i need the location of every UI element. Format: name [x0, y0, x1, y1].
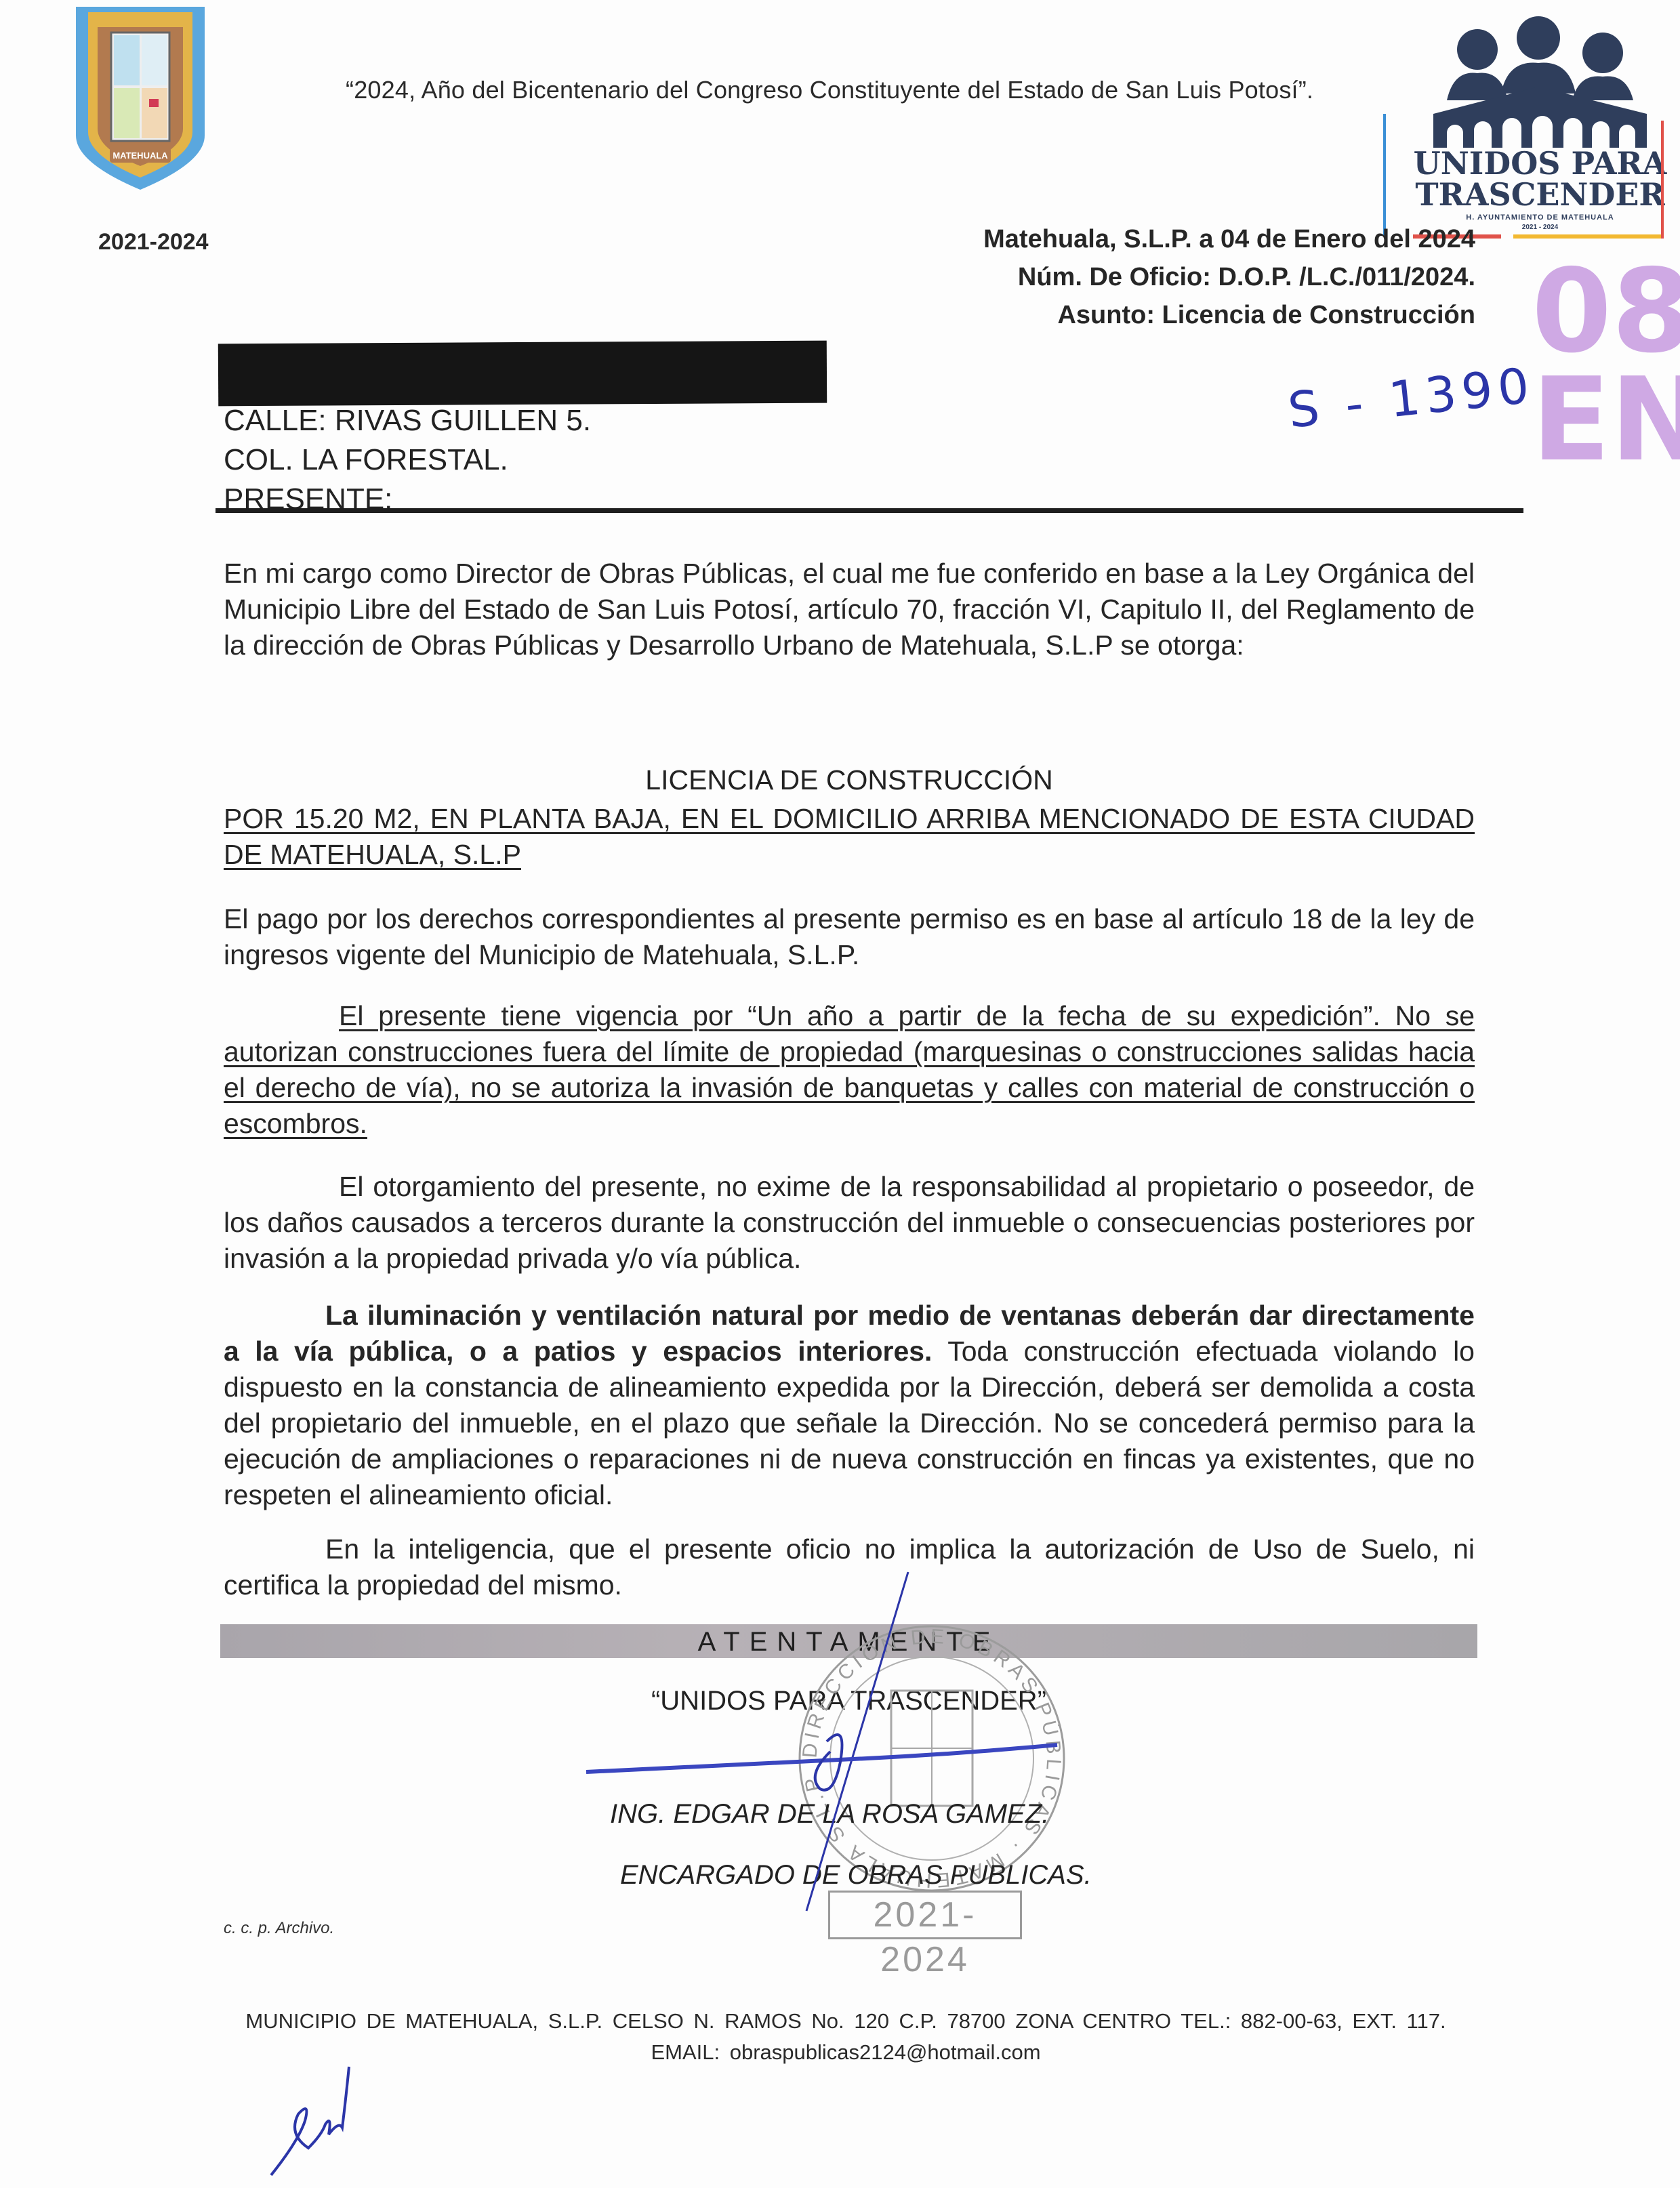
- logo-yellow-stripe: [1513, 234, 1662, 239]
- stamp-month: ENE: [1532, 366, 1680, 474]
- recipient-presente: PRESENTE:: [224, 480, 591, 519]
- header-divider: [216, 508, 1523, 513]
- year-motto: “2024, Año del Bicentenario del Congreso…: [346, 76, 1313, 104]
- paragraph-authority: En mi cargo como Director de Obras Públi…: [224, 556, 1475, 663]
- subject: Asunto: Licencia de Construcción: [983, 296, 1475, 334]
- license-detail: POR 15.20 M2, EN PLANTA BAJA, EN EL DOMI…: [224, 801, 1475, 873]
- received-date-stamp: 08 ENE: [1532, 257, 1680, 474]
- footer-address: MUNICIPIO DE MATEHUALA, S.L.P. CELSO N. …: [216, 2006, 1476, 2037]
- oficio-number: Núm. De Oficio: D.O.P. /L.C./011/2024.: [983, 258, 1475, 296]
- stamp-day: 08: [1532, 257, 1680, 366]
- unidos-para-trascender-logo: UNIDOS PARA TRASCENDER H. AYUNTAMIENTO D…: [1406, 12, 1674, 243]
- paragraph-lighting: La iluminación y ventilación natural por…: [224, 1298, 1475, 1513]
- recipient-colony: COL. LA FORESTAL.: [224, 440, 591, 480]
- license-title: LICENCIA DE CONSTRUCCIÓN: [224, 764, 1475, 796]
- logo-blue-stripe: [1383, 114, 1386, 236]
- handwritten-signature-icon: [583, 1559, 1071, 1979]
- carbon-copy-note: c. c. p. Archivo.: [224, 1919, 334, 1938]
- logo-line2: TRASCENDER: [1406, 179, 1674, 210]
- administration-period: 2021-2024: [98, 229, 209, 255]
- recipient-street: CALLE: RIVAS GUILLEN 5.: [224, 401, 591, 440]
- paragraph-liability: El otorgamiento del presente, no exime d…: [224, 1169, 1475, 1277]
- building-and-portraits-icon: [1406, 12, 1674, 148]
- matehuala-coat-of-arms-icon: MATEHUALA: [62, 0, 218, 193]
- footer-contact: MUNICIPIO DE MATEHUALA, S.L.P. CELSO N. …: [216, 2006, 1476, 2068]
- paragraph-validity: El presente tiene vigencia por “Un año a…: [224, 998, 1475, 1142]
- place-date: Matehuala, S.L.P. a 04 de Enero del 2024: [983, 220, 1475, 258]
- letter-metadata: Matehuala, S.L.P. a 04 de Enero del 2024…: [983, 220, 1475, 334]
- svg-text:MATEHUALA: MATEHUALA: [112, 150, 168, 161]
- logo-red-vertical: [1661, 121, 1664, 239]
- logo-line1: UNIDOS PARA: [1406, 148, 1674, 179]
- handwritten-reference: S - 1390: [1286, 356, 1537, 439]
- recipient-address: CALLE: RIVAS GUILLEN 5. COL. LA FORESTAL…: [224, 401, 591, 519]
- initials-signature-icon: [258, 2060, 407, 2182]
- redacted-recipient-name: [218, 341, 827, 407]
- paragraph-payment: El pago por los derechos correspondiente…: [224, 901, 1475, 973]
